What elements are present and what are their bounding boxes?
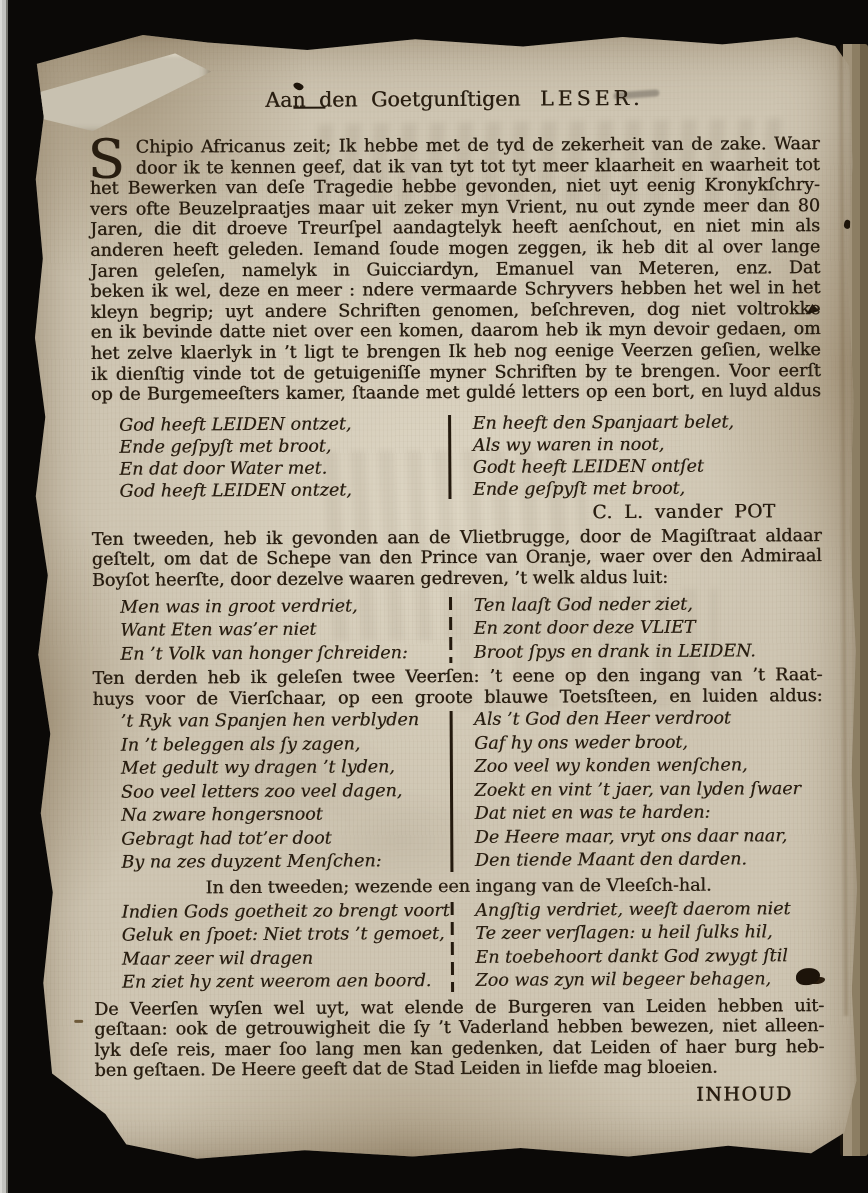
paragraph-1: S Chipio Africanus zeit; Ik hebbe met de… [90,134,821,406]
verse-line: Angſtig verdriet, weeſt daerom niet [475,898,824,923]
scanner-edge-strip [0,0,8,1193]
paper-leaf: Aan den Goetgunſtigen LESER. S Chipio Af… [25,28,861,1164]
verse-line: Met gedult wy dragen ’t lyden, [121,756,450,781]
verse-line: Indien Gods goetheit zo brengt voort [122,900,451,925]
paragraph-line: huys voor de Vierſchaar, op een groote b… [92,686,822,710]
verse-line: Geluk en ſpoet: Niet trots ’t gemoet, [122,923,451,948]
verse-line: God heeft LEIDEN ontzet, [119,479,448,503]
underline-mark [293,107,325,110]
verse-line: Ten laaſt God neder ziet, [473,593,822,618]
paragraph-4: De Veerſen wyſen wel uyt, wat elende de … [94,996,824,1082]
verse-line: Maar zeer wil dragen [122,947,451,972]
verse-block-2: Men was in groot verdriet, Want Eten was… [120,593,822,667]
verse-line: Te zeer verſlagen: u heil ſulks hil, [475,921,824,946]
section-heading: In den tweeden; wezende een ingang van d… [93,874,823,900]
verse-line: Men was in groot verdriet, [120,594,449,619]
page-title-emphasis: LESER. [540,86,644,111]
ink-speck [74,1020,83,1023]
verse-line: En ’t Volk van honger ſchreiden: [120,641,449,666]
paragraph-line: ben geſtaen. De Heere geeft dat de Stad … [94,1057,824,1081]
verse-line: Zoo was zyn wil begeer behagen, [475,968,824,993]
scanned-page-view: Aan den Goetgunſtigen LESER. S Chipio Af… [0,0,868,1193]
verse-line: In ’t beleggen als ſy zagen, [121,733,450,758]
verse-line: En zont door deze VLIET [474,616,823,641]
verse-column-left: ’t Ryk van Spanjen hen verblyden In ’t b… [121,709,451,875]
paragraph-2: Ten tweeden, heb ik gevonden aan de Vlie… [92,526,822,592]
page-title: Aan den Goetgunſtigen LESER. [89,84,819,114]
verse-line: Ende geſpyſt met broot, [119,435,448,459]
verse-line: Als wy waren in noot, [473,433,822,457]
verse-line: En ziet hy zent weerom aen boord. [122,970,451,995]
verse-column-right: Ten laaſt God neder ziet, En zont door d… [451,593,822,665]
verse-line: God heeft LEIDEN ontzet, [119,413,448,437]
paragraph-line: Boyſot heerſte, door dezelve waaren gedr… [92,567,822,591]
verse-block-1: God heeft LEIDEN ontzet, Ende geſpyſt me… [119,411,821,503]
author-signature: C. L. vander POT [92,501,822,527]
verse-line: De Heere maar, vryt ons daar naar, [475,825,824,850]
verse-line: Gebragt had tot’er doot [121,827,450,852]
verse-column-left: God heeft LEIDEN ontzet, Ende geſpyſt me… [119,413,448,503]
paper-crease [837,36,851,1016]
paragraph-line: op de Burgemeeſters kamer, ſtaande met g… [91,381,821,405]
paragraph-line: geſtelt, om dat de Schepe van den Prince… [92,546,822,570]
verse-line: En heeft den Spanjaart belet, [473,411,822,435]
verse-column-right: Angſtig verdriet, weeſt daerom niet Te z… [453,898,824,994]
verse-line: Want Eten was’er niet [120,618,449,643]
catchword: INHOUD [95,1082,825,1110]
text-block: Aan den Goetgunſtigen LESER. S Chipio Af… [89,28,825,1110]
verse-line: Broot ſpys en drank in LEIDEN. [474,640,823,665]
verse-line: En toebehoort dankt God zwygt ſtil [475,945,824,970]
verse-column-left: Men was in groot verdriet, Want Eten was… [120,594,449,666]
verse-line: Zoekt en vint ’t jaer, van lyden ſwaer [474,778,823,803]
drop-cap: S [88,139,125,181]
verse-column-right: En heeft den Spanjaart belet, Als wy war… [451,411,822,501]
verse-line: Gaf hy ons weder broot, [474,731,823,756]
verse-line: Als ’t God den Heer verdroot [474,707,823,732]
verse-line: Soo veel letters zoo veel dagen, [121,780,450,805]
verse-line: Na zware hongersnoot [121,803,450,828]
paragraph-3: Ten derden heb ik geleſen twee Veerſen: … [92,665,822,710]
verse-line: ’t Ryk van Spanjen hen verblyden [121,709,450,734]
verse-line: Ende geſpyſt met broot, [473,477,822,501]
verse-column-left: Indien Gods goetheit zo brengt voort Gel… [122,900,451,996]
verse-line: Den tiende Maant den darden. [475,848,824,873]
verse-line: By na zes duyzent Menſchen: [121,850,450,875]
verse-line: Godt heeft LEIDEN ontſet [473,455,822,479]
verse-line: En dat door Water met. [119,457,448,481]
verse-block-3: ’t Ryk van Spanjen hen verblyden In ’t b… [121,707,824,875]
verse-block-4: Indien Gods goetheit zo brengt voort Gel… [122,898,824,996]
verse-line: Dat niet en was te harden: [475,801,824,826]
verse-column-right: Als ’t God den Heer verdroot Gaf hy ons … [452,707,823,873]
verse-line: Zoo veel wy konden wenſchen, [474,754,823,779]
